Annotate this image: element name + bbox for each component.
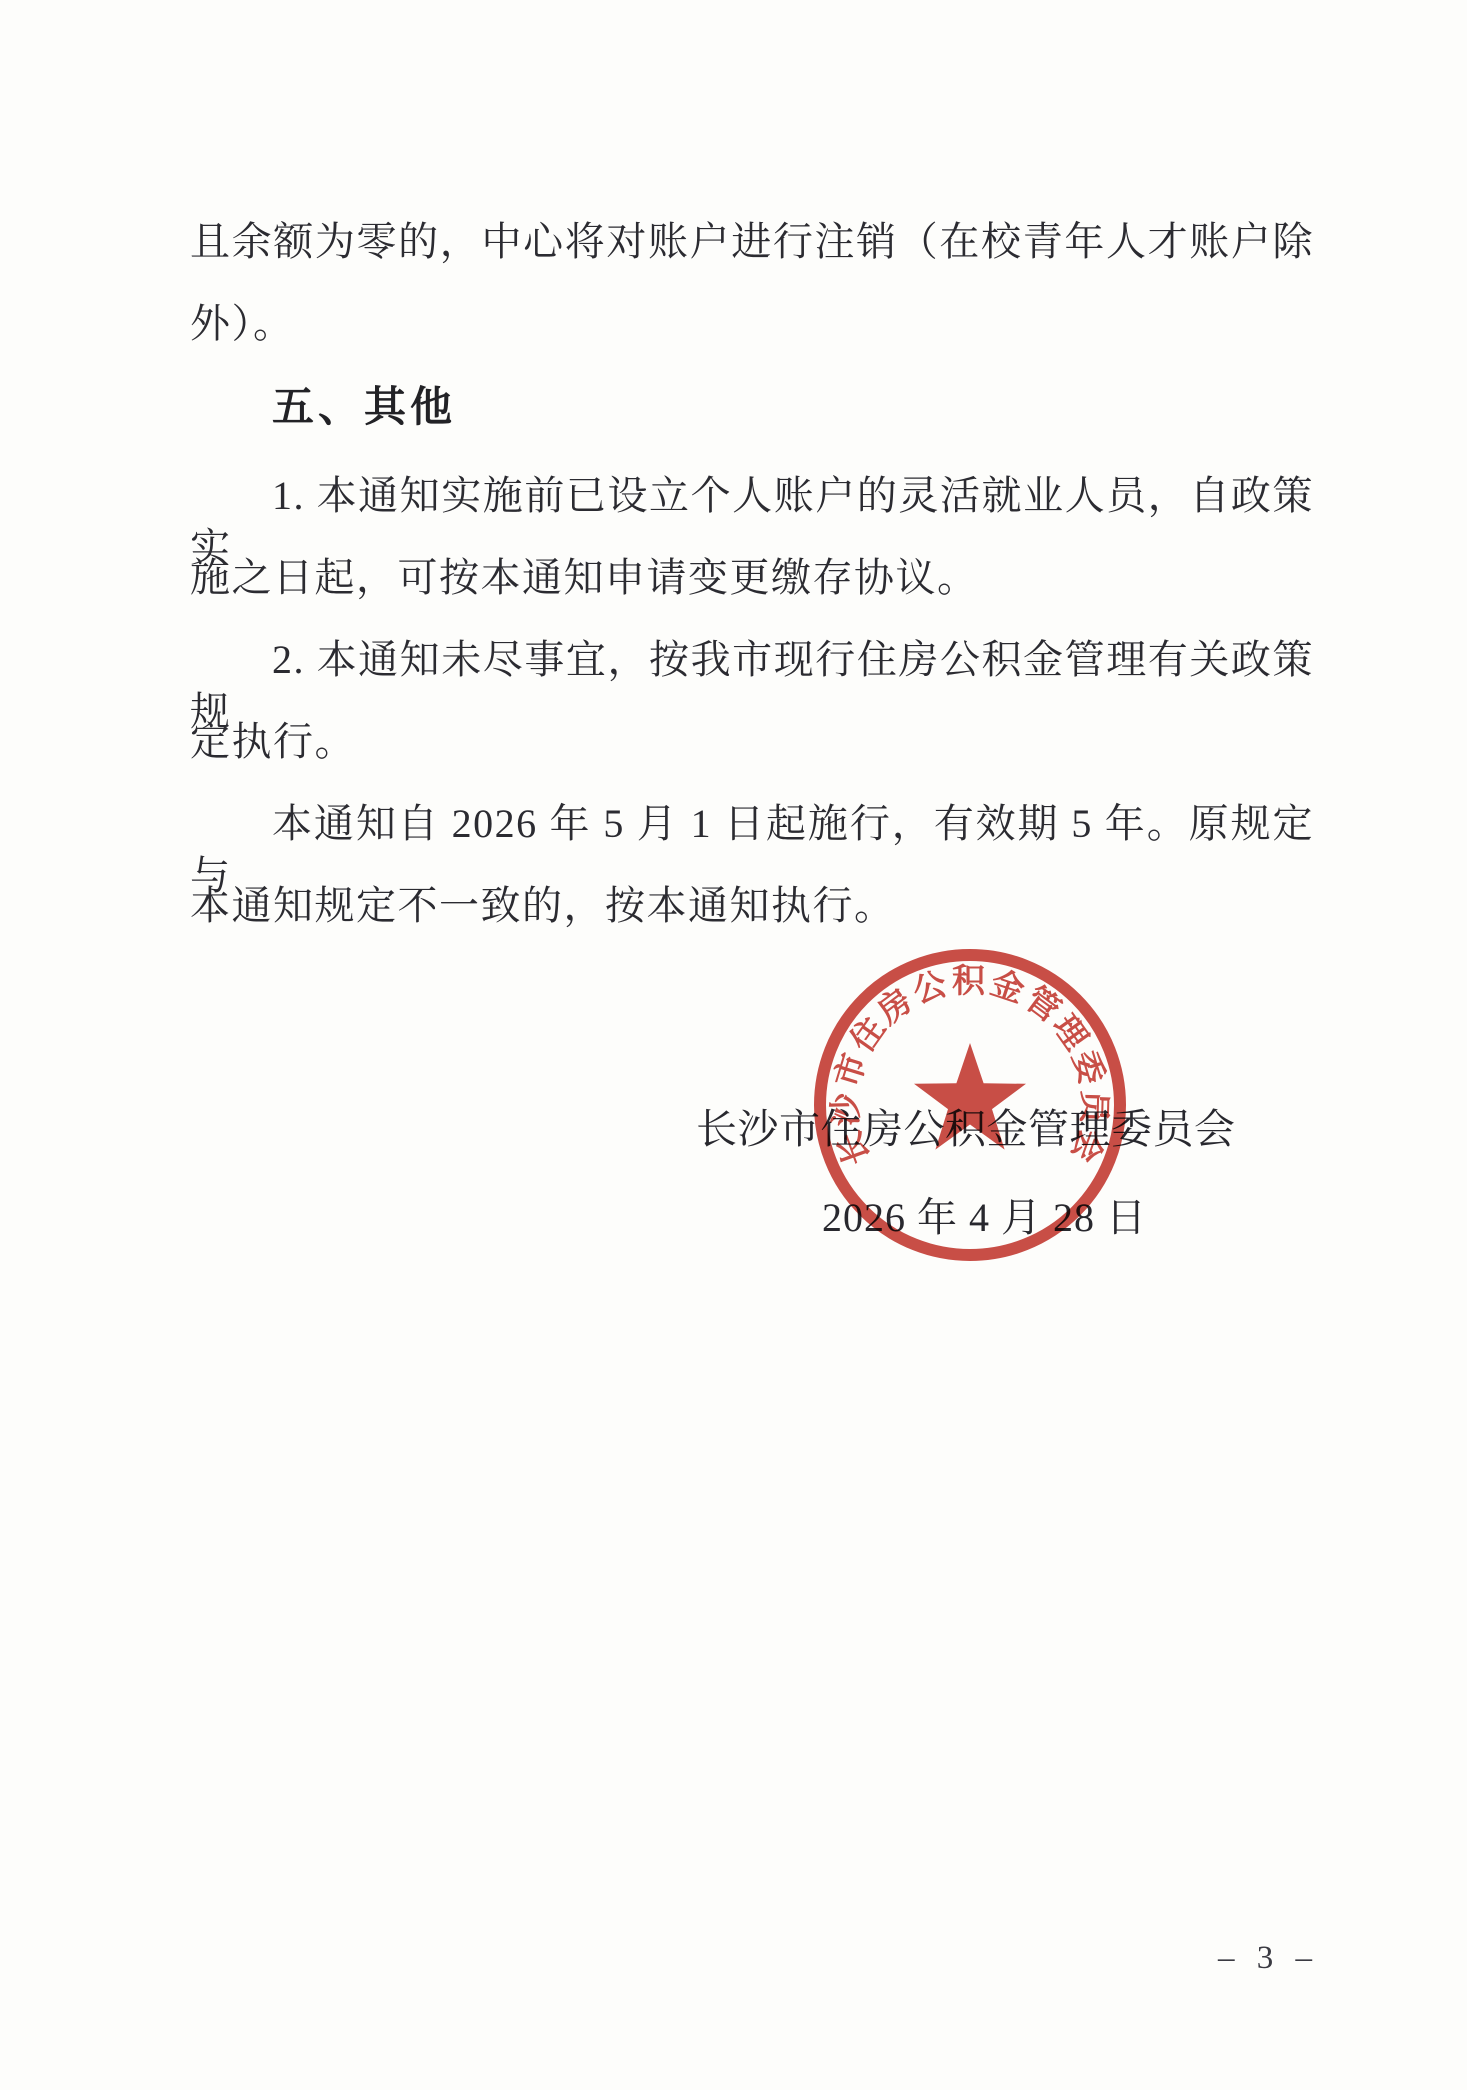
page-number: – 3 – [1218,1940,1319,1977]
section-heading: 五、其他 [272,382,456,432]
issuer-signature: 长沙市住房公积金管理委员会 [696,1096,1236,1155]
document-page: 且余额为零的，中心将对账户进行注销（在校青年人才账户除 外）。 五、其他 1. … [0,0,1467,2090]
issue-date: 2026 年 4 月 28 日 [822,1186,1147,1243]
body-line: 且余额为零的，中心将对账户进行注销（在校青年人才账户除 [190,216,1314,268]
body-line: 定执行。 [190,716,1314,768]
body-line: 本通知规定不一致的，按本通知执行。 [190,880,1314,932]
body-line: 施之日起，可按本通知申请变更缴存协议。 [190,552,1314,604]
body-line: 外）。 [190,298,1314,350]
